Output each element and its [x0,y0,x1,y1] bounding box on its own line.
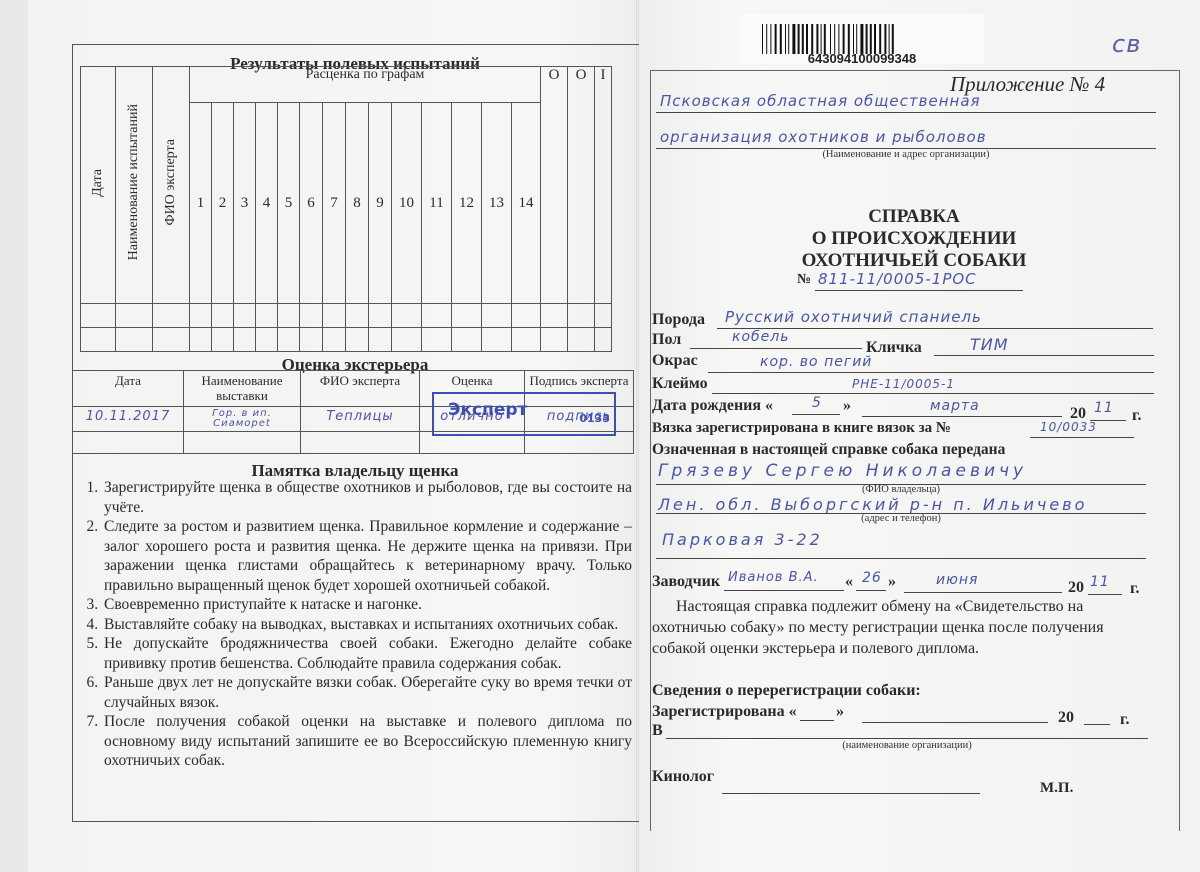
name-label: Кличка [866,339,922,357]
certificate-title: СПРАВКА О ПРОИСХОЖДЕНИИ ОХОТНИЧЬЕЙ СОБАК… [650,206,1178,272]
exchange-text: Настоящая справка подлежит обмену на «Св… [652,596,1122,659]
col-expert: ФИО эксперта [163,139,179,225]
blank-cell [300,328,323,352]
birth-label: Дата рождения « [652,397,773,415]
blank-cell [278,304,300,328]
memo-item: После получения собакой оценки на выстав… [102,712,632,771]
rereg-label: Зарегистрирована « [652,703,797,721]
extra-col: О [568,67,595,304]
owner-caption: (ФИО владельца) [656,484,1146,495]
rating-column: 14 [512,103,541,304]
blank-cell [541,328,568,352]
breeder-day: 26 [862,570,882,586]
extra-col: О [541,67,568,304]
ext-show: Гор. в ип. Сиамоpet [184,407,301,432]
ext-expert: Теплицы [301,407,420,432]
stamp-text: Эксперт [448,400,527,420]
breeder-year-suffix: г. [1130,580,1139,598]
rating-column: 9 [369,103,392,304]
blank-cell [81,328,116,352]
blank-cell [212,328,234,352]
col-date: Дата [90,169,106,197]
rating-column: 13 [482,103,512,304]
ext-header-date: Дата [73,371,184,407]
rereg-year-prefix: 20 [1058,709,1074,727]
blank-cell [452,328,482,352]
color-label: Окрас [652,352,698,370]
sex-label: Пол [652,331,681,349]
blank-cell [234,328,256,352]
ext-date: 10.11.2017 [73,407,184,432]
blank-cell [323,328,346,352]
certificate-number: 811-11/0005-1РОС [818,270,977,288]
rating-column: 5 [278,103,300,304]
blank-cell [116,304,153,328]
breeder-year-prefix: 20 [1068,579,1084,597]
blank-cell [482,328,512,352]
breed-label: Порода [652,311,705,329]
blank-cell [212,304,234,328]
ext-header-show: Наименование выставки [184,371,301,407]
barcode-icon [762,24,972,54]
blank-cell [369,328,392,352]
breeder-label: Заводчик [652,573,720,591]
memo-item: Зарегистрируйте щенка в обществе охотник… [102,478,632,517]
rating-column: 2 [212,103,234,304]
field-trials-table: Дата Наименование испытаний ФИО эксперта… [80,66,612,352]
mating-value: 10/0033 [1040,420,1097,434]
brand-label: Клеймо [652,375,708,393]
blank-cell [278,328,300,352]
rating-column: 12 [452,103,482,304]
rating-column: 8 [346,103,369,304]
in-label: В [652,722,663,740]
blank-cell [452,304,482,328]
organization-caption: (Наименование и адрес организации) [656,149,1156,160]
memo-item: Не допускайте бродяжничества своей собак… [102,634,632,673]
blank-cell [153,304,190,328]
ext-header-expert: ФИО эксперта [301,371,420,407]
blank-cell [234,304,256,328]
blank-cell [323,304,346,328]
title-line: О ПРОИСХОЖДЕНИИ [650,228,1178,250]
rating-column: 4 [256,103,278,304]
address-line2: Парковая 3-22 [662,530,823,549]
organization-line2: организация охотников и рыболовов [660,128,987,146]
breeder-year: 11 [1090,574,1110,590]
rating-column: 7 [323,103,346,304]
memo-item: Раньше двух лет не допускайте вязки соба… [102,673,632,712]
breeder-value: Иванов В.А. [728,570,819,585]
blank-cell [256,304,278,328]
blank-cell [512,328,541,352]
memo-item: Выставляйте собаку на выводках, выставка… [102,615,632,635]
sex-value: кобель [732,329,789,345]
blank-cell [595,304,612,328]
rereg-year-suffix: г. [1120,711,1129,729]
memo-item: Следите за ростом и развитием щенка. Пра… [102,517,632,595]
brand-value: РНЕ-11/0005-1 [852,377,955,391]
memo-item: Своевременно приступайте к натаске и наг… [102,595,632,615]
blank-cell [190,304,212,328]
organization-line1: Псковская областная общественная [660,92,981,110]
title-line: ОХОТНИЧЬЕЙ СОБАКИ [650,250,1178,272]
transferred-label: Означенная в настоящей справке собака пе… [652,441,1005,459]
color-value: кор. во пегий [760,354,872,370]
rating-column: 3 [234,103,256,304]
birth-year: 11 [1094,400,1114,416]
col-trial-name: Наименование испытаний [126,104,142,260]
blank-cell [392,328,422,352]
birth-day: 5 [812,395,822,411]
year-suffix: г. [1132,407,1141,425]
blank-cell [346,304,369,328]
blank-cell [595,328,612,352]
rating-column: 1 [190,103,212,304]
corner-mark: св [1112,30,1141,58]
memo-list: Зарегистрируйте щенка в обществе охотник… [72,478,632,771]
rereg-title: Сведения о перерегистрации собаки: [652,682,921,700]
blank-cell [482,304,512,328]
address-caption: (адрес и телефон) [656,513,1146,524]
owner-value: Грязеву Сергею Николаевичу [658,461,1027,481]
rating-column: 11 [422,103,452,304]
blank-cell [190,328,212,352]
name-value: ТИМ [970,335,1009,354]
cynologist-label: Кинолог [652,768,714,786]
extra-col: I [595,67,612,304]
blank-cell [568,328,595,352]
stamp-number: 0133 [579,412,610,425]
expert-stamp: Эксперт 0133 [432,392,616,436]
title-line: СПРАВКА [650,206,1178,228]
breeder-month: июня [936,572,978,588]
blank-cell [153,328,190,352]
blank-cell [369,304,392,328]
blank-cell [256,328,278,352]
barcode-number: 643094100099348 [740,51,984,66]
blank-cell [81,304,116,328]
rating-column: 10 [392,103,422,304]
org-caption: (наименование организации) [666,740,1148,751]
blank-cell [512,304,541,328]
number-label: № [797,272,811,288]
mating-label: Вязка зарегистрирована в книге вязок за … [652,420,951,437]
blank-cell [568,304,595,328]
blank-cell [422,304,452,328]
seal-label: М.П. [1040,780,1073,797]
blank-cell [422,328,452,352]
address-line1: Лен. обл. Выборгский р-н п. Ильичево [658,495,1087,514]
blank-cell [116,328,153,352]
breed-value: Русский охотничий спаниель [725,308,982,326]
blank-cell [346,328,369,352]
birth-month: марта [930,398,980,414]
blank-cell [300,304,323,328]
rating-column: 6 [300,103,323,304]
rating-header: Расценка по графам [190,67,541,103]
blank-cell [541,304,568,328]
blank-cell [392,304,422,328]
